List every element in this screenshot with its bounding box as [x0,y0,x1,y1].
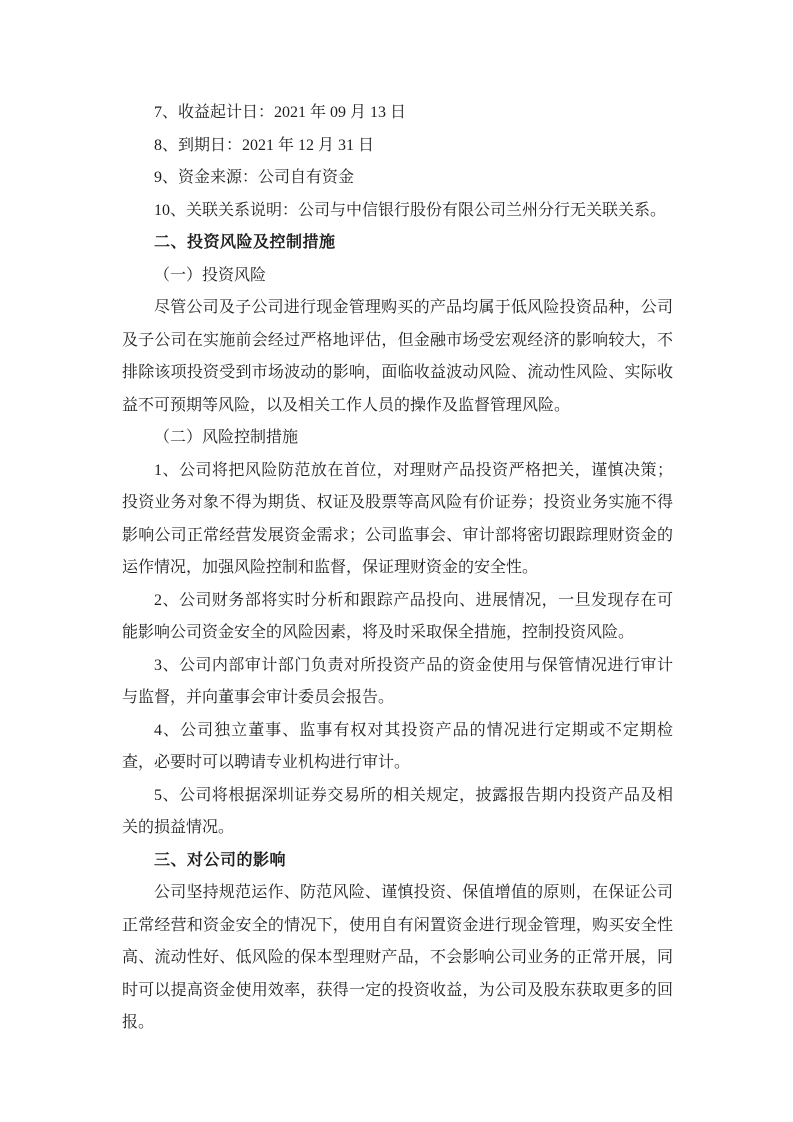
doc-list-item: 8、到期日：2021 年 12 月 31 日 [122,130,673,163]
doc-subheading: （二）风险控制措施 [122,422,673,455]
doc-list-item: 9、资金来源：公司自有资金 [122,162,673,195]
doc-paragraph: 尽管公司及子公司进行现金管理购买的产品均属于低风险投资品种，公司及子公司在实施前… [122,292,673,422]
document-body: 7、收益起计日：2021 年 09 月 13 日8、到期日：2021 年 12 … [122,97,673,1040]
doc-paragraph: 5、公司将根据深圳证券交易所的相关规定，披露报告期内投资产品及相关的损益情况。 [122,780,673,845]
doc-paragraph: 1、公司将把风险防范放在首位，对理财产品投资严格把关，谨慎决策；投资业务对象不得… [122,455,673,585]
doc-list-item: 7、收益起计日：2021 年 09 月 13 日 [122,97,673,130]
doc-heading: 二、投资风险及控制措施 [122,227,673,260]
doc-subheading: （一）投资风险 [122,260,673,293]
doc-heading: 三、对公司的影响 [122,845,673,878]
doc-paragraph: 2、公司财务部将实时分析和跟踪产品投向、进展情况，一旦发现存在可能影响公司资金安… [122,585,673,650]
doc-paragraph: 3、公司内部审计部门负责对所投资产品的资金使用与保管情况进行审计与监督，并向董事… [122,650,673,715]
doc-list-item: 10、关联关系说明：公司与中信银行股份有限公司兰州分行无关联关系。 [122,195,673,228]
document-page: 7、收益起计日：2021 年 09 月 13 日8、到期日：2021 年 12 … [0,0,793,1122]
doc-paragraph: 4、公司独立董事、监事有权对其投资产品的情况进行定期或不定期检查，必要时可以聘请… [122,715,673,780]
doc-paragraph: 公司坚持规范运作、防范风险、谨慎投资、保值增值的原则，在保证公司正常经营和资金安… [122,877,673,1040]
